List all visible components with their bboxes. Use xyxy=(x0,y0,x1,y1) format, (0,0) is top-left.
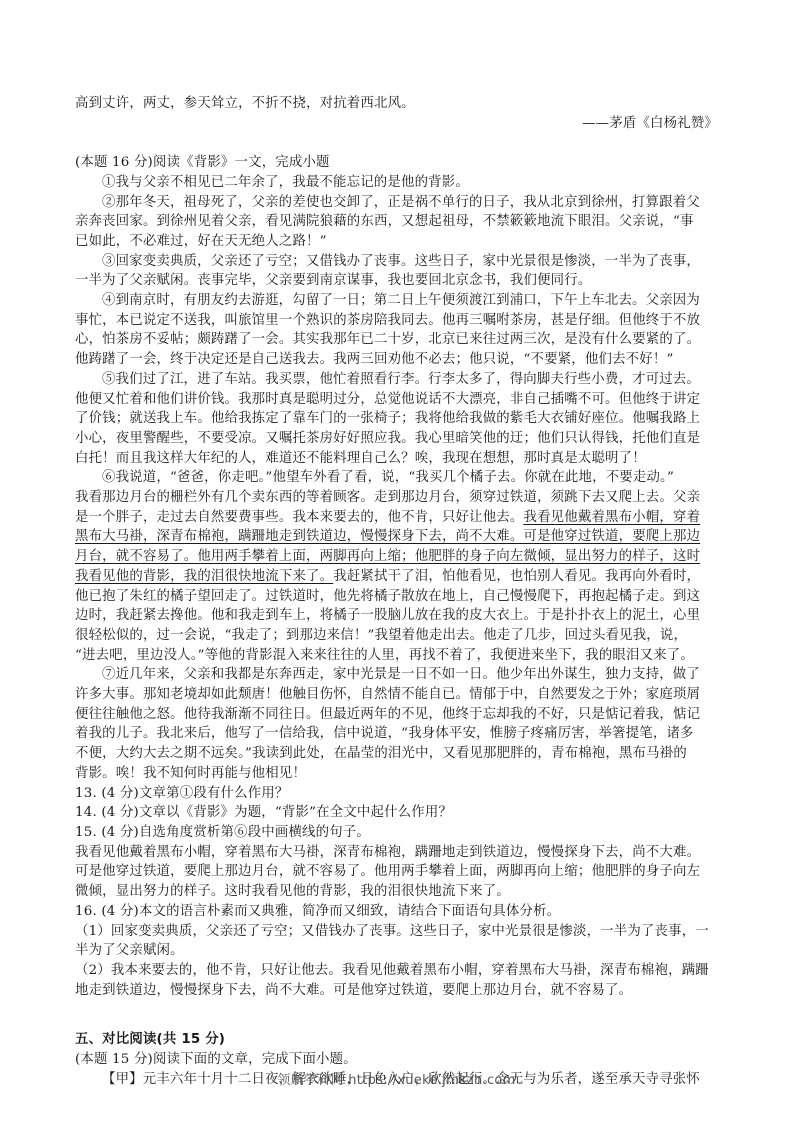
question-16: 16. (4 分)本文的语言朴素而又典雅，简净而又细致，请结合下面语句具体分析。 xyxy=(75,902,718,922)
paragraph-7-line: 背影。唉！我不知何时再能与他相见！ xyxy=(75,764,718,784)
paragraph-3-line: ③回家变卖典质，父亲还了亏空；又借钱办了丧事。这些日子，家中光景很是惨淡，一半为… xyxy=(75,252,718,272)
paragraph-6-line: 我看见他的背影，我的泪很快地流下来了。我赶紧拭干了泪，怕他看见，也怕别人看见。我… xyxy=(75,567,718,587)
paragraph-5-line: 他便又忙着和他们讲价钱。我那时真是聪明过分，总觉他说话不大漂亮，非自己插嘴不可。… xyxy=(75,390,718,410)
underlined-sentence: 我看见他的背影，我的泪很快地流下来了。 xyxy=(75,569,333,584)
plain-text: 我赶紧拭干了泪，怕他看见，也怕别人看见。我再向外看时， xyxy=(333,569,700,584)
question-13: 13. (4 分)文章第①段有什么作用？ xyxy=(75,784,718,804)
section-5-title: 五、对比阅读(共 15 分) xyxy=(75,1030,718,1050)
paragraph-5-line: ⑤我们过了江，进了车站。我买票，他忙着照看行李。行李太多了，得向脚夫行些小费，才… xyxy=(75,370,718,390)
paragraph-4-line: 他踌躇了一会，终于决定还是自己送我去。我两三回劝他不必去；他只说，“不要紧，他们… xyxy=(75,350,718,370)
paragraph-6-line: 很轻松似的，过一会说，“我走了；到那边来信！”我望着他走出去。他走了几步，回过头… xyxy=(75,626,718,646)
plain-text: 是一个胖子，走过去自然要费事些。我本来要去的，他不肯，只好让他去。 xyxy=(75,510,524,525)
section-5-intro: (本题 15 分)阅读下面的文章，完成下面小题。 xyxy=(75,1050,718,1070)
question-16-item-2: 地走到铁道边，慢慢探身下去，尚不大难。可是他穿过铁道，要爬上那边月台，就不容易了… xyxy=(75,981,718,1001)
paragraph-6-line: 黑布大马褂，深青布棉袍，蹒跚地走到铁道边，慢慢探身下去，尚不大难。可是他穿过铁道… xyxy=(75,527,718,547)
underlined-sentence: 我看见他戴着黑布小帽，穿着 xyxy=(524,510,701,525)
paragraph-7-line: 着我的儿子。我北来后，他写了一信给我，信中说道，“我身体平安，惟膀子疼痛厉害，举… xyxy=(75,724,718,744)
paragraph-7-line: 许多大事。那知老境却如此颓唐！他触目伤怀，自然情不能自已。情郁于中，自然要发之于… xyxy=(75,685,718,705)
paragraph-2-line: 已如此，不必难过，好在天无绝人之路！” xyxy=(75,232,718,252)
underlined-sentence: 黑布大马褂，深青布棉袍，蹒跚地走到铁道边，慢慢探身下去，尚不大难。可是他穿过铁道… xyxy=(75,529,700,544)
paragraph-5-line: 小心，夜里警醒些，不要受凉。又嘱托茶房好好照应我。我心里暗笑他的迂；他们只认得钱… xyxy=(75,429,718,449)
question-15-quote: 微倾，显出努力的样子。这时我看见他的背影，我的泪很快地流下来了。 xyxy=(75,882,718,902)
quote-text: 高到丈许，两丈，参天耸立，不折不挠，对抗着西北风。 xyxy=(75,94,718,114)
footer-watermark: 领航学科网 https://xueke.jmkzh.com xyxy=(0,1069,793,1088)
question-15-quote: 我看见他戴着黑布小帽，穿着黑布大马褂，深青布棉袍，蹒跚地走到铁道边，慢慢探身下去… xyxy=(75,843,718,863)
paragraph-6-line: 边时，我赶紧去搀他。他和我走到车上，将橘子一股脑儿放在我的皮大衣上。于是扑扑衣上… xyxy=(75,606,718,626)
reading-intro: (本题 16 分)阅读《背影》一文，完成小题 xyxy=(75,153,718,173)
paragraph-2-line: ②那年冬天，祖母死了，父亲的差使也交卸了，正是祸不单行的日子，我从北京到徐州，打… xyxy=(75,193,718,213)
paragraph-5-line: 了价钱；就送我上车。他给我拣定了靠车门的一张椅子；我将他给我做的紫毛大衣铺好座位… xyxy=(75,409,718,429)
paragraph-5-line: 白托！而且我这样大年纪的人，难道还不能料理自己么？唉，我现在想想，那时真是太聪明… xyxy=(75,449,718,469)
underlined-sentence: 月台，就不容易了。他用两手攀着上面，两脚再向上缩；他肥胖的身子向左微倾，显出努力… xyxy=(75,549,700,564)
question-15-quote: 可是他穿过铁道，要爬上那边月台，就不容易了。他用两手攀着上面，两脚再向上缩；他肥… xyxy=(75,862,718,882)
question-16-item-1: （1）回家变卖典质，父亲还了亏空；又借钱办了丧事。这些日子，家中光景很是惨淡，一… xyxy=(75,922,718,942)
paragraph-6-line: 月台，就不容易了。他用两手攀着上面，两脚再向上缩；他肥胖的身子向左微倾，显出努力… xyxy=(75,547,718,567)
paragraph-2-line: 亲奔丧回家。到徐州见着父亲，看见满院狼藉的东西，又想起祖母，不禁簌簌地流下眼泪。… xyxy=(75,212,718,232)
question-15: 15. (4 分)自选角度赏析第⑥段中画横线的句子。 xyxy=(75,823,718,843)
paragraph-7-line: 便往往触他之怒。他待我渐渐不同往日。但最近两年的不见，他终于忘却我的不好，只是惦… xyxy=(75,705,718,725)
paragraph-6-line: “进去吧，里边没人。”等他的背影混入来来往往的人里，再找不着了，我便进来坐下，我… xyxy=(75,646,718,666)
paragraph-4-line: 事忙，本已说定不送我，叫旅馆里一个熟识的茶房陪我同去。他再三嘱咐茶房，甚是仔细。… xyxy=(75,311,718,331)
quote-attribution: ——茅盾《白杨礼赞》 xyxy=(75,114,718,134)
paragraph-7-line: 不便，大约大去之期不远矣。”我读到此处，在晶莹的泪光中，又看见那肥胖的，青布棉袍… xyxy=(75,744,718,764)
paragraph-6-line: 他已抱了朱红的橘子望回走了。过铁道时，他先将橘子散放在地上，自己慢慢爬下，再抱起… xyxy=(75,587,718,607)
paragraph-6-line: ⑥我说道，“爸爸，你走吧。”他望车外看了看，说，“我买几个橘子去。你就在此地，不… xyxy=(75,468,718,488)
paragraph-6-line: 是一个胖子，走过去自然要费事些。我本来要去的，他不肯，只好让他去。我看见他戴着黑… xyxy=(75,508,718,528)
question-16-item-1: 半为了父亲赋闲。 xyxy=(75,941,718,961)
question-16-item-2: （2）我本来要去的，他不肯，只好让他去。我看见他戴着黑布小帽，穿着黑布大马褂，深… xyxy=(75,961,718,981)
paragraph-7-line: ⑦近几年来，父亲和我都是东奔西走，家中光景是一日不如一日。他少年出外谋生，独力支… xyxy=(75,665,718,685)
question-14: 14. (4 分)文章以《背影》为题，“背影”在全文中起什么作用？ xyxy=(75,803,718,823)
paragraph-4-line: ④到南京时，有朋友约去游逛，勾留了一日；第二日上午便须渡江到浦口，下午上车北去。… xyxy=(75,291,718,311)
paragraph-3-line: 一半为了父亲赋闲。丧事完毕，父亲要到南京谋事，我也要回北京念书，我们便同行。 xyxy=(75,271,718,291)
paragraph-6-line: 我看那边月台的栅栏外有几个卖东西的等着顾客。走到那边月台，须穿过铁道，须跳下去又… xyxy=(75,488,718,508)
paragraph-1: ①我与父亲不相见已二年余了，我最不能忘记的是他的背影。 xyxy=(75,173,718,193)
document-page: 高到丈许，两丈，参天耸立，不折不挠，对抗着西北风。 ——茅盾《白杨礼赞》 (本题… xyxy=(75,94,718,1089)
paragraph-4-line: 心，怕茶房不妥帖；颇踌躇了一会。其实我那年已二十岁，北京已来往过两三次，是没有什… xyxy=(75,330,718,350)
